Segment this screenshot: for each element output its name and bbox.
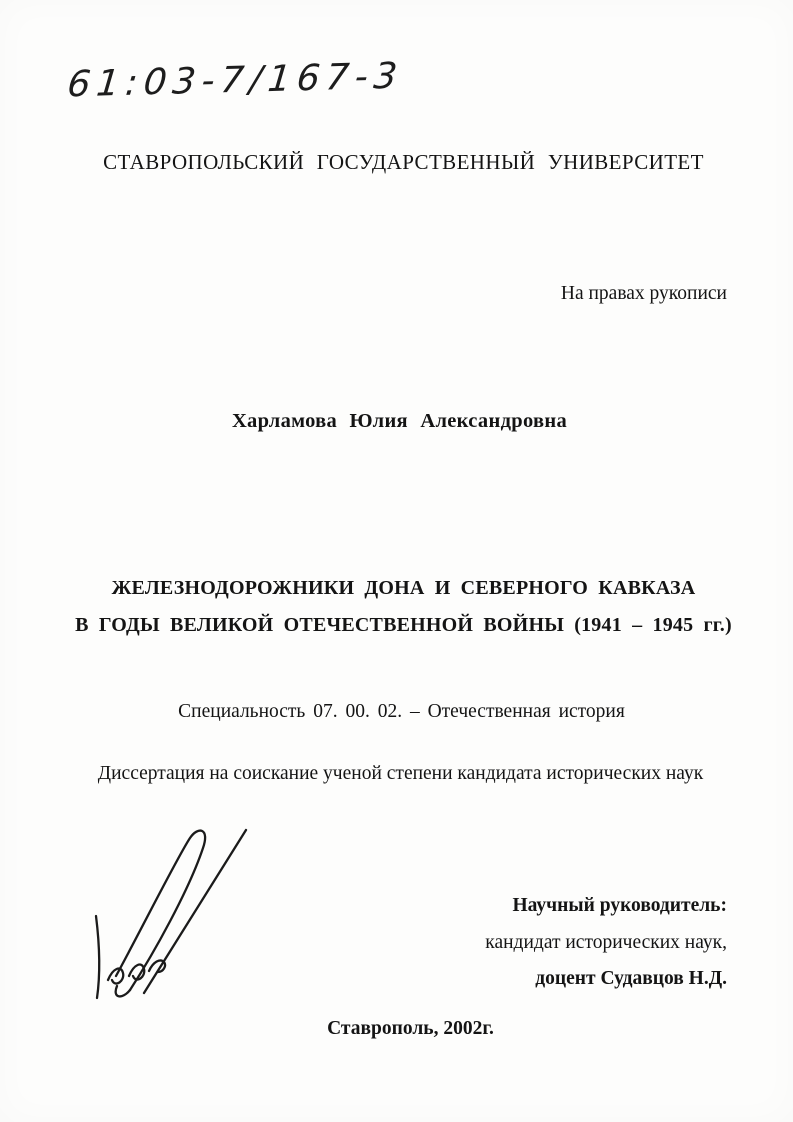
university-name: СТАВРОПОЛЬСКИЙ ГОСУДАРСТВЕННЫЙ УНИВЕРСИТ… xyxy=(14,150,793,175)
supervisor-block: Научный руководитель: кандидат историчес… xyxy=(485,888,727,998)
author-signature-icon xyxy=(86,808,311,1003)
imprint-place-year: Ставрополь, 2002г. xyxy=(28,1018,793,1040)
dissertation-title-line1: ЖЕЛЕЗНОДОРОЖНИКИ ДОНА И СЕВЕРНОГО КАВКАЗ… xyxy=(14,570,793,607)
specialty-line: Специальность 07. 00. 02. – Отечественна… xyxy=(10,701,793,723)
author-name: Харламова Юлия Александровна xyxy=(6,410,793,433)
supervisor-degree: кандидат исторических наук, xyxy=(485,925,727,962)
degree-pursuit-line: Диссертация на соискание ученой степени … xyxy=(8,763,793,785)
dissertation-title: ЖЕЛЕЗНОДОРОЖНИКИ ДОНА И СЕВЕРНОГО КАВКАЗ… xyxy=(14,570,793,644)
dissertation-title-line2: В ГОДЫ ВЕЛИКОЙ ОТЕЧЕСТВЕННОЙ ВОЙНЫ (1941… xyxy=(14,607,793,644)
manuscript-rights-note: На правах рукописи xyxy=(561,283,727,305)
handwritten-catalog-number: 61:03-7/167-3 xyxy=(66,56,405,106)
dissertation-title-page: 61:03-7/167-3 СТАВРОПОЛЬСКИЙ ГОСУДАРСТВЕ… xyxy=(0,0,793,1122)
supervisor-name: доцент Судавцов Н.Д. xyxy=(485,961,727,998)
supervisor-heading: Научный руководитель: xyxy=(485,888,727,925)
